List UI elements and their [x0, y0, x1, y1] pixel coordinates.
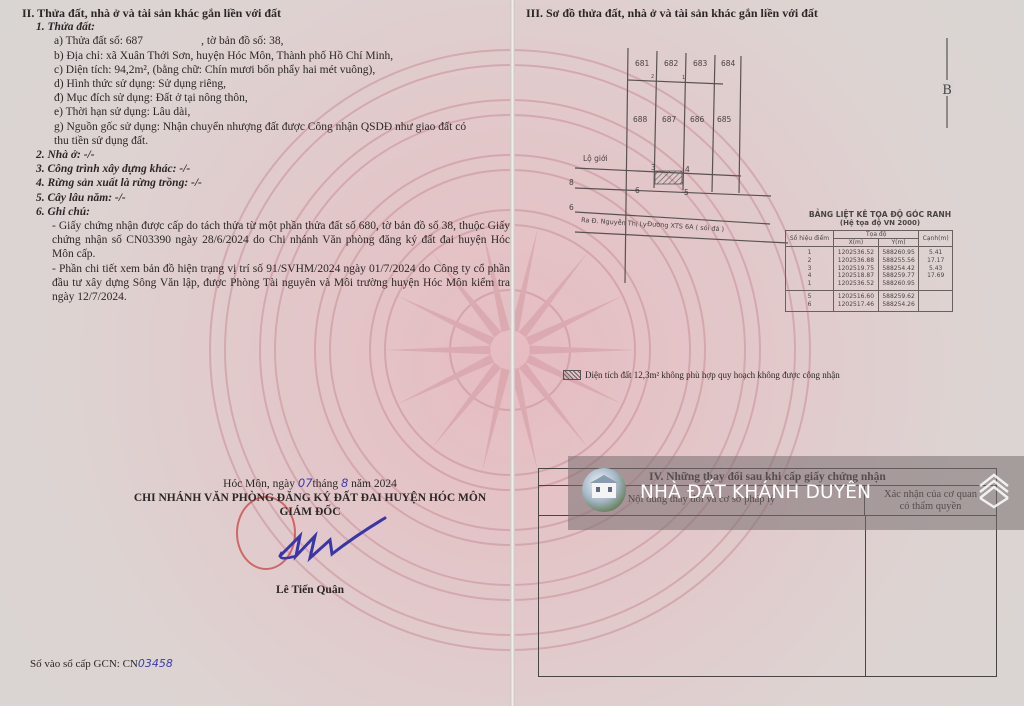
svg-text:Đường XTS 6A ( sỏi đá ): Đường XTS 6A ( sỏi đá ) [647, 220, 725, 233]
note-1: - Giấy chứng nhận được cấp do tách thửa … [22, 219, 510, 262]
issuing-office: CHI NHÁNH VĂN PHÒNG ĐĂNG KÝ ĐẤT ĐAI HUYỆ… [110, 491, 510, 505]
parcel-number: a) Thửa đất số: 687 [54, 35, 143, 47]
use-purpose: đ) Mục đích sử dụng: Đất ở tại nông thôn… [22, 91, 502, 105]
svg-text:2: 2 [651, 74, 654, 80]
svg-text:Lộ giới: Lộ giới [583, 154, 608, 163]
forest: 4. Rừng sản xuất là rừng trồng: -/- [22, 176, 502, 190]
parcel-map: 681682683684688687686685Lộ giới866345Ra … [555, 48, 795, 288]
use-form: d) Hình thức sử dụng: Sử dụng riêng, [22, 77, 502, 91]
coordinate-table: BẢNG LIỆT KÊ TỌA ĐỘ GÓC RANH (Hệ tọa độ … [785, 210, 975, 312]
use-term: e) Thời hạn sử dụng: Lâu dài, [22, 105, 502, 119]
svg-text:5: 5 [684, 188, 689, 197]
section-title-iii: III. Sơ đồ thửa đất, nhà ở và tài sản kh… [526, 6, 818, 20]
svg-text:684: 684 [721, 59, 736, 68]
origin-line2: thu tiền sử dụng đất. [22, 134, 502, 148]
notes-title: 6. Ghi chú: [22, 205, 502, 219]
svg-text:683: 683 [693, 59, 708, 68]
sign-date: Hóc Môn, ngày 07tháng 8 năm 2024 [110, 476, 510, 491]
note-2: - Phần chi tiết xem bản đồ hiện trạng vị… [22, 262, 510, 305]
stacked-chevron-logo-icon [974, 470, 1014, 510]
land-subtitle: 1. Thửa đất: [22, 20, 502, 34]
svg-text:6: 6 [635, 186, 640, 195]
watermark-text: NHÀ ĐẤT KHÁNH DUYÊN [640, 482, 871, 503]
watermark-banner: NHÀ ĐẤT KHÁNH DUYÊN [568, 456, 1024, 530]
legend-text: Diện tích đất 12,3m² không phù hợp quy h… [585, 370, 840, 380]
svg-text:8: 8 [569, 178, 574, 187]
perennial: 5. Cây lâu năm: -/- [22, 191, 502, 205]
svg-text:685: 685 [717, 115, 732, 124]
svg-text:688: 688 [633, 115, 648, 124]
svg-text:1: 1 [682, 75, 685, 81]
land-info-section: II. Thửa đất, nhà ở và tài sản khác gắn … [22, 6, 502, 304]
svg-text:3: 3 [651, 163, 656, 172]
origin-line1: g) Nguồn gốc sử dụng: Nhận chuyển nhượng… [22, 120, 502, 134]
svg-text:681: 681 [635, 59, 650, 68]
svg-text:686: 686 [690, 115, 705, 124]
svg-text:Ra Đ. Nguyễn Thị Ly: Ra Đ. Nguyễn Thị Ly [581, 215, 647, 229]
address: b) Địa chỉ: xã Xuân Thới Sơn, huyện Hóc … [22, 49, 502, 63]
map-sheet: , tờ bản đồ số: 38, [201, 35, 283, 47]
area: c) Diện tích: 94,2m², (bằng chữ: Chín mư… [22, 63, 502, 77]
signer-name: Lê Tiến Quân [110, 583, 510, 597]
house-photo-avatar-icon [582, 468, 626, 512]
svg-text:B: B [942, 83, 952, 98]
hatch-swatch-icon [563, 370, 581, 380]
svg-text:6: 6 [569, 203, 574, 212]
svg-text:682: 682 [664, 59, 679, 68]
coord-table-subtitle: (Hệ tọa độ VN 2000) [785, 219, 975, 227]
other-construction: 3. Công trình xây dựng khác: -/- [22, 162, 502, 176]
north-arrow-icon: B [940, 38, 954, 128]
page-fold [510, 0, 515, 706]
section-title-ii: II. Thửa đất, nhà ở và tài sản khác gắn … [22, 6, 502, 20]
house: 2. Nhà ở: -/- [22, 148, 502, 162]
signature-icon [260, 516, 390, 566]
svg-text:687: 687 [662, 115, 677, 124]
registry-number: Số vào sổ cấp GCN: CN03458 [30, 657, 173, 670]
svg-text:4: 4 [685, 165, 690, 174]
coord-table-title: BẢNG LIỆT KÊ TỌA ĐỘ GÓC RANH [785, 210, 975, 219]
legend: Diện tích đất 12,3m² không phù hợp quy h… [563, 370, 840, 380]
